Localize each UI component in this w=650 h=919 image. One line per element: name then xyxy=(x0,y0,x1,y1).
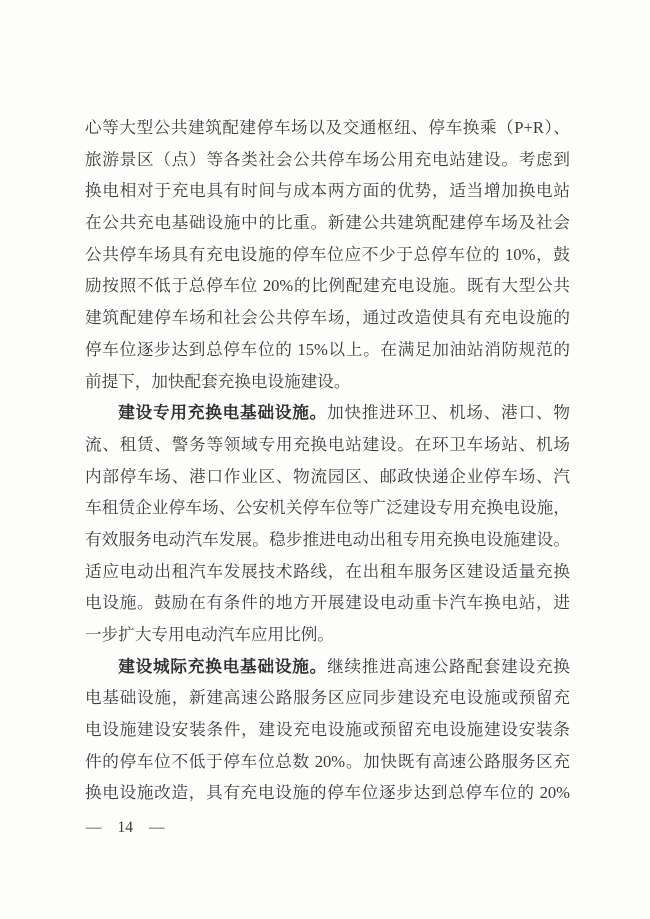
section-heading: 建设城际充换电基础设施。 xyxy=(118,657,327,676)
text-line: 适应电动出租汽车发展技术路线，在出租车服务区建设适量充换 xyxy=(85,556,570,588)
text-line: 有效服务电动汽车发展。稳步推进电动出租专用充换电设施建设。 xyxy=(85,524,570,556)
text-line: 换电相对于充电具有时间与成本两方面的优势，适当增加换电站 xyxy=(85,175,570,207)
text-line: 公共停车场具有充电设施的停车位应不少于总停车位的 10%，鼓 xyxy=(85,239,570,271)
text-line: 流、租赁、警务等领域专用充换电站建设。在环卫车场站、机场 xyxy=(85,429,570,461)
document-page: 心等大型公共建筑配建停车场以及交通枢纽、停车换乘（P+R）、 旅游景区（点）等各… xyxy=(0,0,650,919)
section-heading: 建设专用充换电基础设施。 xyxy=(118,403,327,422)
text-line: 车租赁企业停车场、公安机关停车位等广泛建设专用充换电设施， xyxy=(85,492,570,524)
text-line: 励按照不低于总停车位 20%的比例配建充电设施。既有大型公共 xyxy=(85,270,570,302)
text-line: 在公共充电基础设施中的比重。新建公共建筑配建停车场及社会 xyxy=(85,207,570,239)
text-line: 换电设施改造，具有充电设施的停车位逐步达到总停车位的 20% xyxy=(85,777,570,809)
page-footer: — 14 — xyxy=(86,819,165,837)
text-line: 旅游景区（点）等各类社会公共停车场公用充电站建设。考虑到 xyxy=(85,144,570,176)
text-line: 件的停车位不低于停车位总数 20%。加快既有高速公路服务区充 xyxy=(85,746,570,778)
text-line: 一步扩大专用电动汽车应用比例。 xyxy=(85,619,570,651)
text-line: 电设施。鼓励在有条件的地方开展建设电动重卡汽车换电站，进 xyxy=(85,587,570,619)
footer-dash-left: — xyxy=(86,819,102,837)
text-line: 建设城际充换电基础设施。继续推进高速公路配套建设充换 xyxy=(85,651,570,683)
body-text: 心等大型公共建筑配建停车场以及交通枢纽、停车换乘（P+R）、 旅游景区（点）等各… xyxy=(85,112,570,809)
footer-dash-right: — xyxy=(149,819,165,837)
text-run: 继续推进高速公路配套建设充换 xyxy=(327,657,570,676)
text-line: 电设施建设安装条件，建设充电设施或预留充电设施建设安装条 xyxy=(85,714,570,746)
page-number: 14 xyxy=(118,819,134,837)
text-line: 电基础设施，新建高速公路服务区应同步建设充电设施或预留充 xyxy=(85,682,570,714)
text-line: 心等大型公共建筑配建停车场以及交通枢纽、停车换乘（P+R）、 xyxy=(85,112,570,144)
text-line: 建设专用充换电基础设施。加快推进环卫、机场、港口、物 xyxy=(85,397,570,429)
text-line: 建筑配建停车场和社会公共停车场，通过改造使具有充电设施的 xyxy=(85,302,570,334)
text-line: 停车位逐步达到总停车位的 15%以上。在满足加油站消防规范的 xyxy=(85,334,570,366)
text-line: 内部停车场、港口作业区、物流园区、邮政快递企业停车场、汽 xyxy=(85,461,570,493)
text-line: 前提下，加快配套充换电设施建设。 xyxy=(85,366,570,398)
text-run: 加快推进环卫、机场、港口、物 xyxy=(327,403,570,422)
